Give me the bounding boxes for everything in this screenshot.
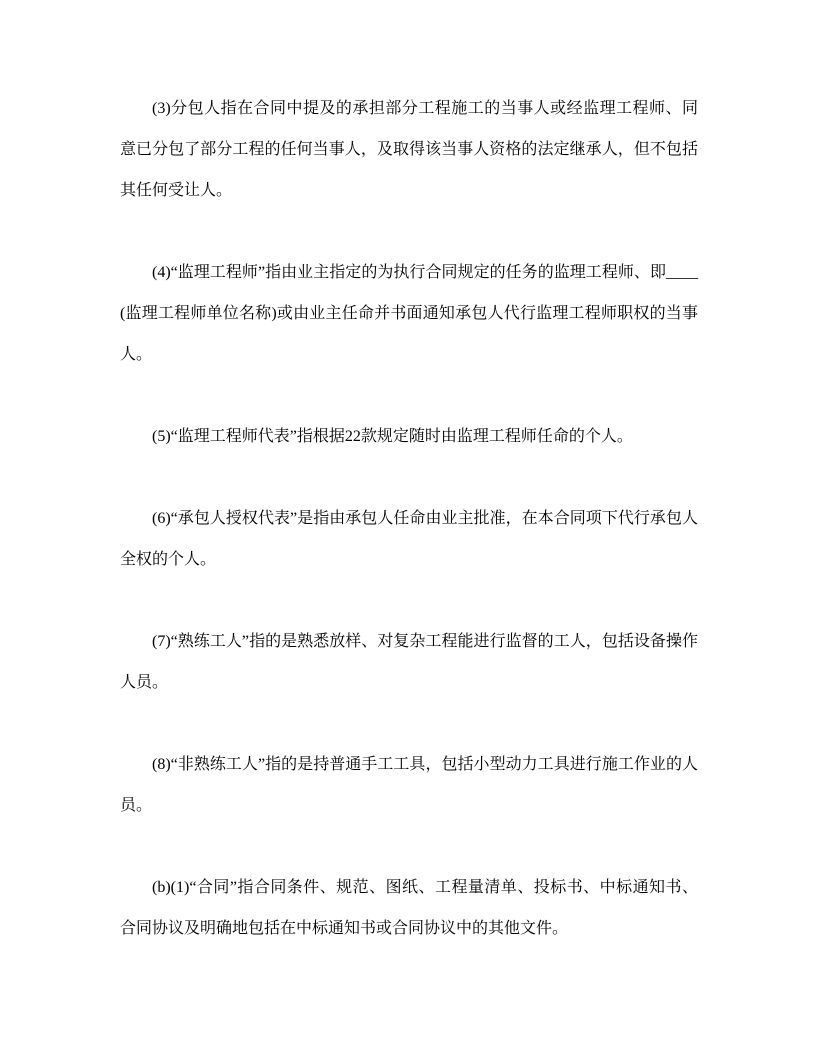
paragraph-skilled-worker-definition: (7)“熟练工人”指的是熟悉放样、对复杂工程能进行监督的工人，包括设备操作人员。 [120,621,698,703]
paragraph-subcontractor-definition: (3)分包人指在合同中提及的承担部分工程施工的当事人或经监理工程师、同意已分包了… [120,88,698,211]
paragraph-contract-definition: (b)(1)“合同”指合同条件、规范、图纸、工程量清单、投标书、中标通知书、合同… [120,867,698,949]
paragraph-unskilled-worker-definition: (8)“非熟练工人”指的是持普通手工工具，包括小型动力工具进行施工作业的人员。 [120,744,698,826]
paragraph-contractor-authorized-representative-definition: (6)“承包人授权代表”是指由承包人任命由业主批准，在本合同项下代行承包人全权的… [120,498,698,580]
document-page: (3)分包人指在合同中提及的承担部分工程施工的当事人或经监理工程师、同意已分包了… [0,0,816,1056]
paragraph-engineer-representative-definition: (5)“监理工程师代表”指根据22款规定随时由监理工程师任命的个人。 [120,416,698,457]
paragraph-supervising-engineer-definition: (4)“监理工程师”指由业主指定的为执行合同规定的任务的监理工程师、即____(… [120,252,698,375]
